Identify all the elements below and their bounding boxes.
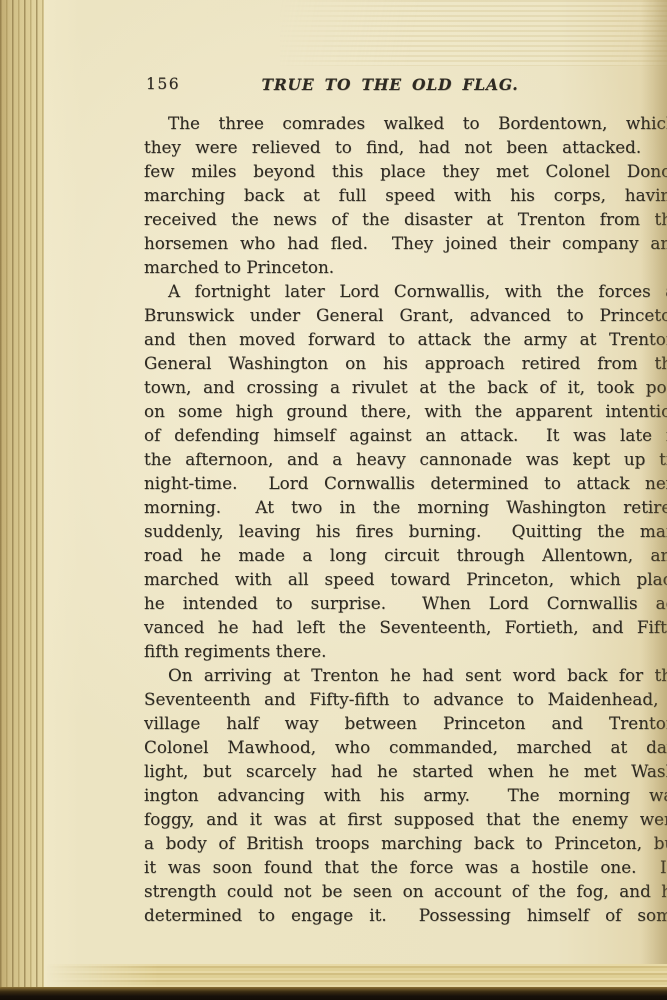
text-line: marched to Princeton. — [144, 255, 667, 279]
text-line: determined to engage it. Possessing hims… — [144, 903, 667, 927]
text-line: town, and crossing a rivulet at the back… — [144, 375, 667, 399]
text-line: On arriving at Trenton he had sent word … — [144, 663, 667, 687]
text-line: road he made a long circuit through Alle… — [144, 543, 667, 567]
text-line: light, but scarcely had he started when … — [144, 759, 667, 783]
text-line: General Washington on his approach retir… — [144, 351, 667, 375]
text-line: few miles beyond this place they met Col… — [144, 159, 667, 183]
text-line: Seventeenth and Fifty-fifth to advance t… — [144, 687, 667, 711]
book-page: 156 TRUE TO THE OLD FLAG. The three comr… — [40, 0, 667, 987]
text-line: the afternoon, and a heavy cannonade was… — [144, 447, 667, 471]
text-line: horsemen who had fled. They joined their… — [144, 231, 667, 255]
text-line: and then moved forward to attack the arm… — [144, 327, 667, 351]
page-number: 156 — [146, 75, 180, 93]
text-line: Brunswick under General Grant, advanced … — [144, 303, 667, 327]
text-line: it was soon found that the force was a h… — [144, 855, 667, 879]
page-edge-right-shade — [641, 0, 667, 987]
text-line: The three comrades walked to Bordentown,… — [144, 111, 667, 135]
text-line: night-time. Lord Cornwallis determined t… — [144, 471, 667, 495]
text-line: foggy, and it was at first supposed that… — [144, 807, 667, 831]
text-line: he intended to surprise. When Lord Cornw… — [144, 591, 667, 615]
text-line: suddenly, leaving his fires burning. Qui… — [144, 519, 667, 543]
page-header: 156 TRUE TO THE OLD FLAG. — [144, 75, 667, 97]
page-edges-bottom — [46, 964, 667, 988]
book-scan: 156 TRUE TO THE OLD FLAG. The three comr… — [0, 0, 667, 1000]
paragraph: The three comrades walked to Bordentown,… — [144, 111, 667, 279]
page-text: The three comrades walked to Bordentown,… — [144, 111, 667, 927]
paragraph: On arriving at Trenton he had sent word … — [144, 663, 667, 927]
text-line: they were relieved to find, had not been… — [144, 135, 667, 159]
text-line: A fortnight later Lord Cornwallis, with … — [144, 279, 667, 303]
text-line: vanced he had left the Seventeenth, Fort… — [144, 615, 667, 639]
text-line: Colonel Mawhood, who commanded, marched … — [144, 735, 667, 759]
page-edges-left — [0, 0, 44, 988]
text-line: marching back at full speed with his cor… — [144, 183, 667, 207]
text-line: a body of British troops marching back t… — [144, 831, 667, 855]
text-line: strength could not be seen on account of… — [144, 879, 667, 903]
paragraph: A fortnight later Lord Cornwallis, with … — [144, 279, 667, 663]
text-line: morning. At two in the morning Washingto… — [144, 495, 667, 519]
text-line: marched with all speed toward Princeton,… — [144, 567, 667, 591]
text-line: on some high ground there, with the appa… — [144, 399, 667, 423]
text-line: received the news of the disaster at Tre… — [144, 207, 667, 231]
running-title: TRUE TO THE OLD FLAG. — [144, 75, 667, 94]
text-line: fifth regiments there. — [144, 639, 667, 663]
text-line: village half way between Princeton and T… — [144, 711, 667, 735]
book-bottom-shadow — [0, 987, 667, 1000]
text-line: ington advancing with his army. The morn… — [144, 783, 667, 807]
page-top-edge-texture — [280, 0, 667, 66]
text-line: of defending himself against an attack. … — [144, 423, 667, 447]
